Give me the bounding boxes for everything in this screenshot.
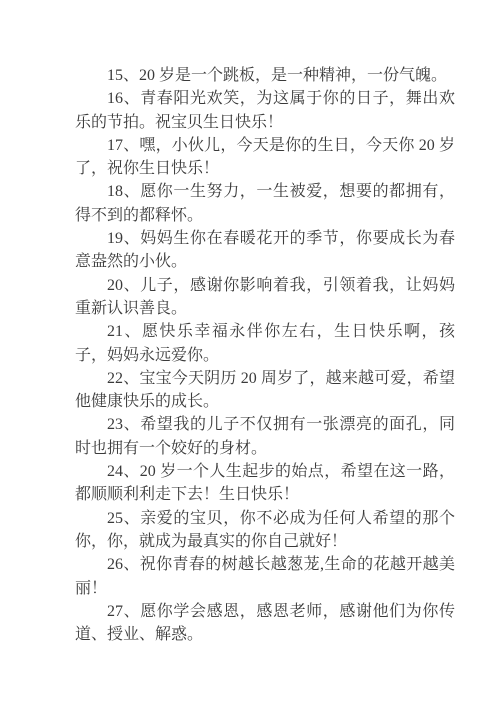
wish-item-22: 22、宝宝今天阴历 20 周岁了，越来越可爱，希望他健康快乐的成长。: [75, 367, 455, 414]
wish-item-27: 27、愿你学会感恩，感恩老师，感谢他们为你传道、授业、解惑。: [75, 600, 455, 647]
wish-item-19: 19、妈妈生你在春暖花开的季节，你要成长为春意盎然的小伙。: [75, 227, 455, 274]
wish-item-16: 16、青春阳光欢笑，为这属于你的日子，舞出欢乐的节拍。祝宝贝生日快乐！: [75, 87, 455, 134]
wish-item-21: 21、愿快乐幸福永伴你左右，生日快乐啊，孩子，妈妈永远爱你。: [75, 320, 455, 367]
wish-item-26: 26、祝你青春的树越长越葱茏,生命的花越开越美丽！: [75, 553, 455, 600]
document-page: 15、20 岁是一个跳板，是一种精神，一份气魄。 16、青春阳光欢笑，为这属于你…: [0, 0, 500, 707]
wish-item-25: 25、亲爱的宝贝，你不必成为任何人希望的那个你，你，就成为最真实的你自己就好！: [75, 507, 455, 554]
wish-item-24: 24、20 岁一个人生起步的始点，希望在这一路，都顺顺利利走下去！生日快乐！: [75, 460, 455, 507]
wish-item-18: 18、愿你一生努力，一生被爱，想要的都拥有，得不到的都释怀。: [75, 180, 455, 227]
wish-item-17: 17、嘿，小伙儿，今天是你的生日，今天你 20 岁了，祝你生日快乐！: [75, 134, 455, 181]
wish-item-15: 15、20 岁是一个跳板，是一种精神，一份气魄。: [75, 64, 455, 87]
wish-item-20: 20、儿子，感谢你影响着我，引领着我，让妈妈重新认识善良。: [75, 274, 455, 321]
wish-item-23: 23、希望我的儿子不仅拥有一张漂亮的面孔，同时也拥有一个姣好的身材。: [75, 413, 455, 460]
